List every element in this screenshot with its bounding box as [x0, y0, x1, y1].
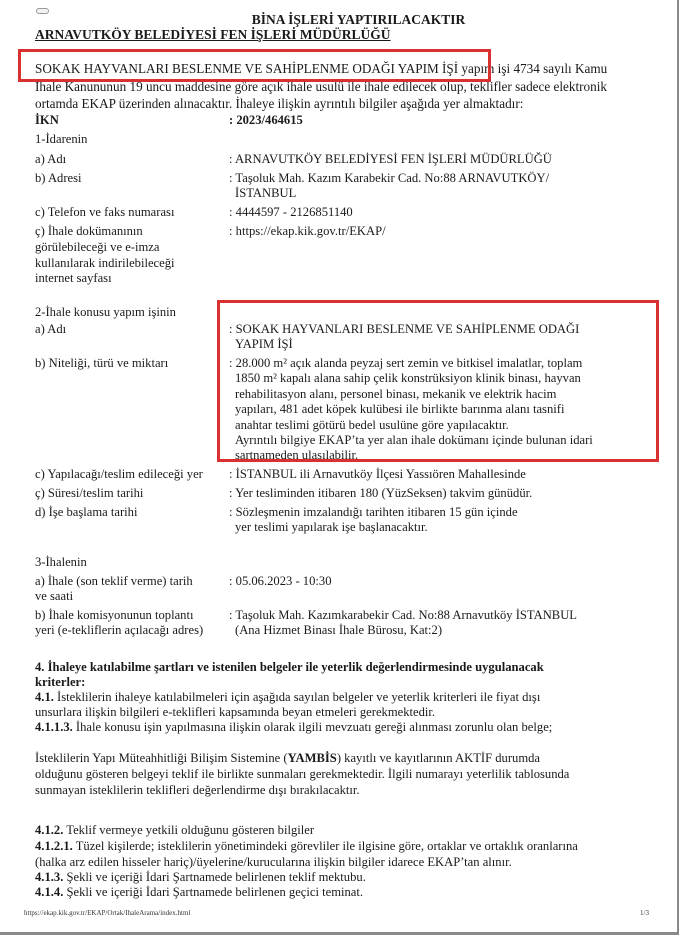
section2-heading: 2-İhale konusu yapım işinin [35, 305, 176, 320]
p414-line: 4.1.4. Şekli ve içeriği İdari Şartnamede… [35, 885, 363, 900]
s1-c-value: : 4444597 - 2126851140 [229, 205, 353, 220]
s2-d-value-1: : Sözleşmenin imzalandığı tarihten itiba… [229, 505, 518, 520]
s3-b-label-1: b) İhale komisyonunun toplantı [35, 608, 193, 623]
intro-line-1: SOKAK HAYVANLARI BESLENME VE SAHİPLENME … [35, 61, 607, 76]
p4121-text-1: Tüzel kişilerde; isteklilerin yönetimind… [73, 839, 578, 853]
s3-a-label-2: ve saati [35, 589, 73, 604]
yambis-text-1b: ) kayıtlı ve kayıtlarının AKTİF durumda [337, 751, 540, 765]
intro-line-3: ortamda EKAP üzerinden alınacaktır. İhal… [35, 96, 523, 111]
yambis-text-1a: İsteklilerin Yapı Müteahhitliği Bilişim … [35, 751, 288, 765]
intro-highlighted-title: SOKAK HAYVANLARI BESLENME VE SAHİPLENME … [35, 61, 458, 76]
s3-b-value-1: : Taşoluk Mah. Kazımkarabekir Cad. No:88… [229, 608, 577, 623]
authority-title: ARNAVUTKÖY BELEDİYESİ FEN İŞLERİ MÜDÜRLÜ… [35, 27, 391, 42]
p414-text: Şekli ve içeriği İdari Şartnamede belirl… [63, 885, 363, 899]
p4113-line: 4.1.1.3. İhale konusu işin yapılmasına i… [35, 720, 552, 735]
s2-cc-label: ç) Süresi/teslim tarihi [35, 486, 143, 501]
s1-cc-label-1: ç) İhale dokümanının [35, 224, 143, 239]
s2-a-value-1: : SOKAK HAYVANLARI BESLENME VE SAHİPLENM… [229, 322, 579, 337]
s1-cc-label-3: kullanılarak indirilebileceği [35, 256, 175, 271]
s2-b-value-0: : 28.000 m² açık alanda peyzaj sert zemi… [229, 356, 582, 371]
s2-cc-value: : Yer tesliminden itibaren 180 (YüzSekse… [229, 486, 532, 501]
ikn-label: İKN [35, 113, 59, 128]
p4113-number: 4.1.1.3. [35, 720, 73, 734]
document-page: BİNA İŞLERİ YAPTIRILACAKTIR ARNAVUTKÖY B… [0, 0, 679, 935]
s1-b-value-1: : Taşoluk Mah. Kazım Karabekir Cad. No:8… [229, 171, 549, 186]
s1-cc-label-2: görülebileceği ve e-imza [35, 240, 159, 255]
s2-b-value-3: yapıları, 481 adet köpek kulübesi ile bi… [235, 402, 564, 417]
ikn-value: : 2023/464615 [229, 113, 303, 128]
s2-c-label: c) Yapılacağı/teslim edileceği yer [35, 467, 203, 482]
s1-b-label: b) Adresi [35, 171, 82, 186]
s2-d-label: d) İşe başlama tarihi [35, 505, 137, 520]
s2-b-value-1: 1850 m² kapalı alana sahip çelik konstrü… [235, 371, 581, 386]
s2-d-value-2: yer teslimi yapılarak işe başlanacaktır. [235, 520, 428, 535]
p41-text-1: İsteklilerin ihaleye katılabilmeleri içi… [54, 690, 540, 704]
p4121-line-1: 4.1.2.1. Tüzel kişilerde; isteklilerin y… [35, 839, 578, 854]
yambis-line-2: olduğunu gösteren belgeyi teklif ile bir… [35, 767, 569, 782]
s2-b-value-2: rehabilitasyon alanı, personel binası, m… [235, 387, 556, 402]
s3-a-label-1: a) İhale (son teklif verme) tarih [35, 574, 193, 589]
p4113-text: İhale konusu işin yapılmasına ilişkin ol… [73, 720, 553, 734]
s1-b-value-2: İSTANBUL [235, 186, 296, 201]
s1-c-label: c) Telefon ve faks numarası [35, 205, 174, 220]
p413-number: 4.1.3. [35, 870, 63, 884]
s2-a-label: a) Adı [35, 322, 66, 337]
s1-cc-label-4: internet sayfası [35, 271, 112, 286]
section4-heading-1: 4. İhaleye katılabilme şartları ve isten… [35, 660, 544, 675]
s2-b-value-4: anahtar teslimi götürü bedel usulüne gör… [235, 418, 509, 433]
p414-number: 4.1.4. [35, 885, 63, 899]
p412-number: 4.1.2. [35, 823, 63, 837]
s3-b-label-2: yeri (e-tekliflerin açılacağı adres) [35, 623, 203, 638]
p413-line: 4.1.3. Şekli ve içeriği İdari Şartnamede… [35, 870, 366, 885]
s2-b-label: b) Niteliği, türü ve miktarı [35, 356, 168, 371]
intro-line-1-rest: yapım işi 4734 sayılı Kamu [458, 61, 607, 76]
yambis-bold: YAMBİS [288, 751, 337, 765]
p412-line: 4.1.2. Teklif vermeye yetkili olduğunu g… [35, 823, 314, 838]
section1-heading: 1-İdarenin [35, 132, 87, 147]
p413-text: Şekli ve içeriği İdari Şartnamede belirl… [63, 870, 366, 884]
p4121-number: 4.1.2.1. [35, 839, 73, 853]
p41-line-1: 4.1. İsteklilerin ihaleye katılabilmeler… [35, 690, 540, 705]
intro-line-2: İhale Kanununun 19 uncu maddesine göre a… [35, 79, 607, 94]
p41-number: 4.1. [35, 690, 54, 704]
yambis-line-1: İsteklilerin Yapı Müteahhitliği Bilişim … [35, 751, 540, 766]
s3-a-value: : 05.06.2023 - 10:30 [229, 574, 332, 589]
s1-a-label: a) Adı [35, 152, 66, 167]
s2-c-value: : İSTANBUL ili Arnavutköy İlçesi Yassıör… [229, 467, 526, 482]
p4121-line-2: (halka arz edilen hisseler hariç)/üyeler… [35, 855, 512, 870]
page-number: 1/3 [640, 909, 649, 917]
s2-b-value-5: Ayrıntılı bilgiye EKAP’ta yer alan ihale… [235, 433, 593, 448]
yambis-line-3: sunmayan isteklilerin teklifleri değerle… [35, 783, 360, 798]
s2-b-value-6: şartnameden ulaşılabilir. [235, 448, 358, 463]
s1-cc-value-link[interactable]: : https://ekap.kik.gov.tr/EKAP/ [229, 224, 386, 239]
section4-heading-2: kriterler: [35, 675, 85, 690]
s3-b-value-2: (Ana Hizmet Binası İhale Bürosu, Kat:2) [235, 623, 442, 638]
footer-url[interactable]: https://ekap.kik.gov.tr/EKAP/Ortak/Ihale… [24, 909, 190, 917]
p41-line-2: unsurlara ilişkin bilgileri e-teklifleri… [35, 705, 435, 720]
section3-heading: 3-İhalenin [35, 555, 87, 570]
document-title: BİNA İŞLERİ YAPTIRILACAKTIR [0, 12, 677, 27]
s2-a-value-2: YAPIM İŞİ [235, 337, 293, 352]
p412-text: Teklif vermeye yetkili olduğunu gösteren… [63, 823, 314, 837]
s1-a-value: : ARNAVUTKÖY BELEDİYESİ FEN İŞLERİ MÜDÜR… [229, 152, 552, 167]
